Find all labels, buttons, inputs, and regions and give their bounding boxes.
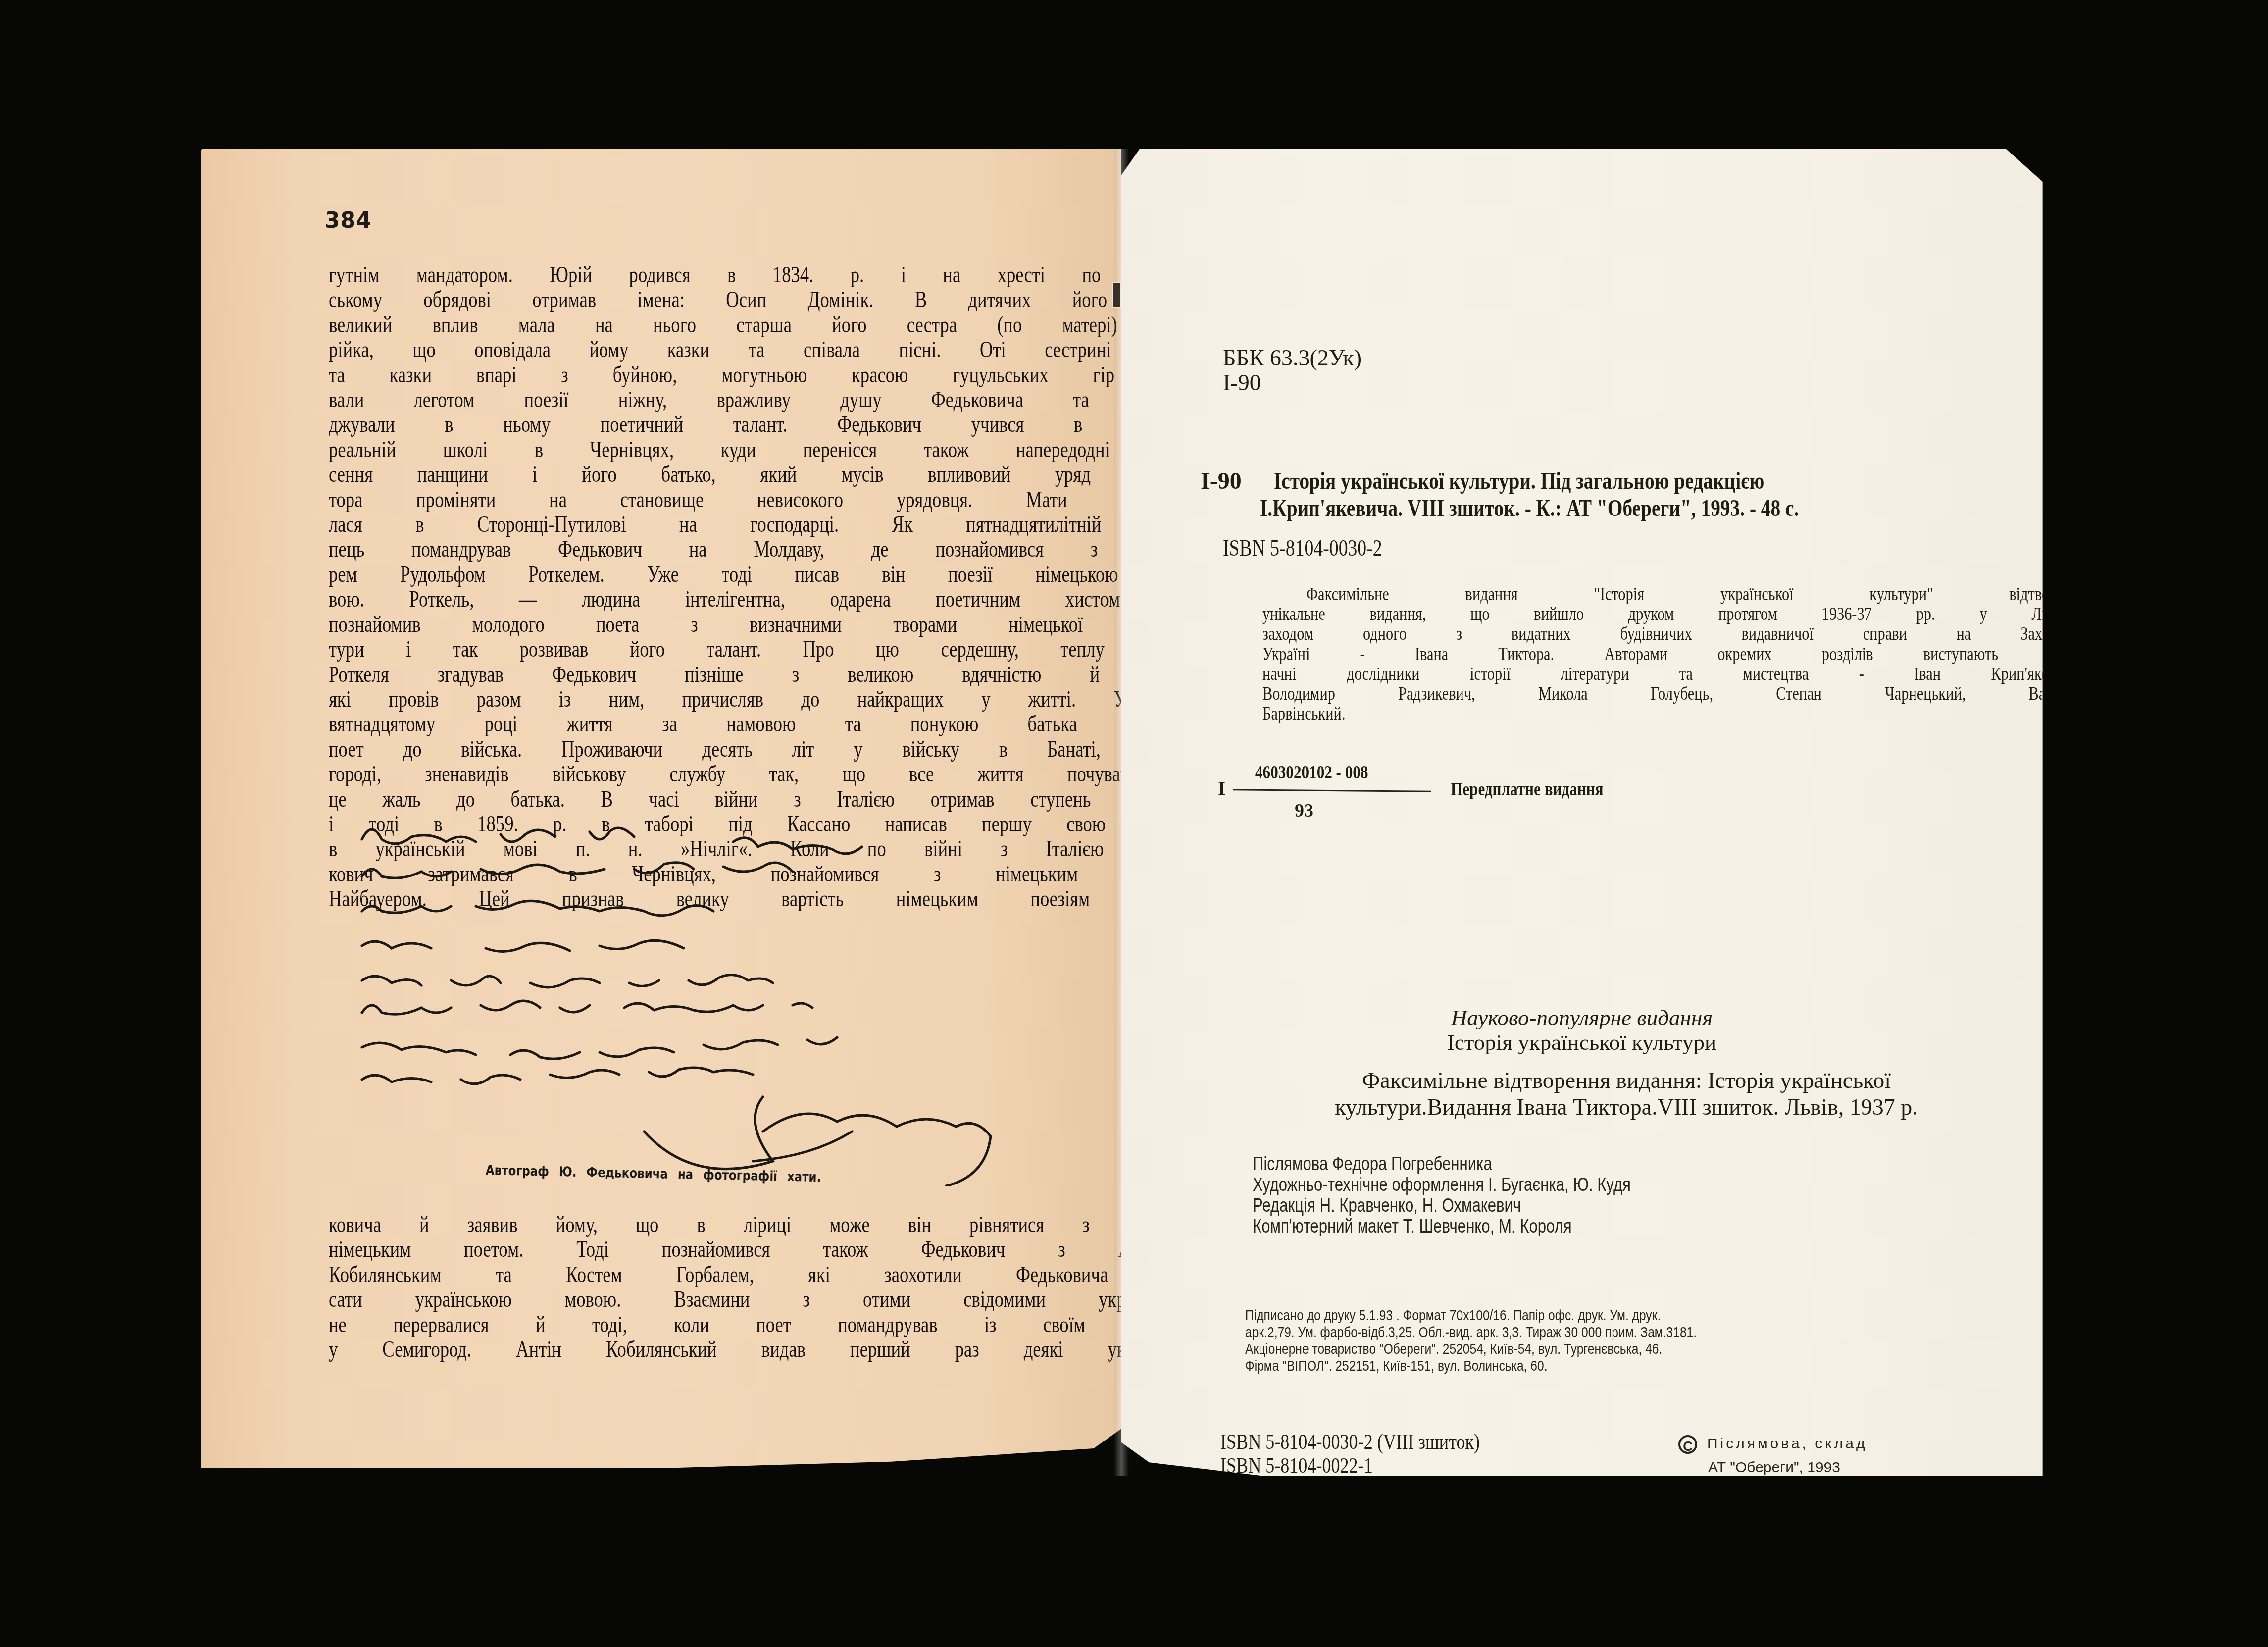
bbk-classification: ББК 63.3(2Ук) І-90 xyxy=(1223,346,1361,395)
text-line: великий вплив мала на нього старша його … xyxy=(329,312,1188,337)
author-mark: І-90 xyxy=(1223,370,1361,395)
text-line: тора проміняти на становище невисокого у… xyxy=(329,487,1188,512)
text-line: які провів разом із ним, причисляв до на… xyxy=(329,687,1188,712)
text-line: Роткеля згадував Федькович пізніше з вел… xyxy=(329,662,1188,687)
index-denominator: 93 xyxy=(1295,800,1313,822)
text-line: не перервалися й тоді, коли поет помандр… xyxy=(329,1312,1188,1337)
facsimile-note: Факсимільне відтворення видання: Історія… xyxy=(1253,1067,2000,1121)
text-line: Кобилянським та Костем Горбалем, які зао… xyxy=(329,1262,1188,1287)
bbk-code: ББК 63.3(2Ук) xyxy=(1223,346,1361,370)
text-line: лася в Сторонці-Путилові на господарці. … xyxy=(329,512,1188,537)
imprint-line: Підписано до друку 5.1.93 . Формат 70x10… xyxy=(1245,1307,1661,1324)
text-line: ському обрядові отримав імена: Осип Домі… xyxy=(329,287,1188,312)
text-line: у Семигород. Антін Кобилянський видав пе… xyxy=(329,1337,1188,1362)
index-numerator: 4603020102 - 008 xyxy=(1255,762,1368,783)
text-line: та казки впарі з буйною, могутньою красо… xyxy=(329,362,1188,387)
text-line: городі, зненавидів військову службу так,… xyxy=(329,762,1188,786)
credit-line: Художньо-технічне оформлення І. Бугаєнка… xyxy=(1253,1175,1631,1195)
text-line: ковича й заявив йому, що в ліриці може в… xyxy=(329,1212,1188,1237)
text-line: німецьким поетом. Тоді познайомився тако… xyxy=(329,1237,1188,1262)
text-line: Барвінський. xyxy=(1262,704,2074,723)
imprint-line: арк.2,79. Ум. фарбо-відб.3,25. Обл.-вид.… xyxy=(1245,1324,1697,1341)
binding-mark xyxy=(1112,282,1121,308)
text-line: це жаль до батька. В часі війни з Італіє… xyxy=(329,787,1188,812)
text-line: сення панщини і його батько, який мусів … xyxy=(329,462,1188,487)
isbn-top: ISBN 5-8104-0030-2 xyxy=(1223,535,1417,561)
copyright-icon: C xyxy=(1678,1435,1697,1454)
imprint-line: Фірма "ВІПОЛ". 252151, Київ-151, вул. Во… xyxy=(1245,1358,1547,1375)
credit-line: Комп'ютерний макет Т. Шевченко, М. Корол… xyxy=(1253,1216,1572,1237)
isbn-line: ISBN 5-8104-0022-1 xyxy=(1220,1454,1373,1478)
right-page: ББК 63.3(2Ук) І-90 І-90 Історія українсь… xyxy=(1121,149,2047,1476)
isbn-line: ISBN 5-8104-0030-2 (VIII зшиток) xyxy=(1220,1430,1480,1454)
edition-label: Науково-популярне видання xyxy=(1394,1005,1770,1030)
printing-imprint: Підписано до друку 5.1.93 . Формат 70x10… xyxy=(1245,1307,1796,1375)
page-number: 384 xyxy=(325,208,372,233)
text-line: унікальне видання, що вийшло друком прот… xyxy=(1262,604,2074,624)
text-line: гутнім мандатором. Юрій родився в 1834. … xyxy=(329,262,1188,287)
text-line: начні дослідники історії літератури та м… xyxy=(1262,664,2074,684)
copyright-notice: CПіслямова, склад АТ "Обереги", 1993 xyxy=(1678,1432,1867,1480)
copyright-line: АТ "Обереги", 1993 xyxy=(1678,1456,1867,1480)
abstract: Факсимільне видання "Історія української… xyxy=(1262,584,2074,723)
text-line: вою. Роткель, — людина інтелігентна, ода… xyxy=(329,587,1188,612)
catalog-index: І-90 xyxy=(1201,468,1242,495)
text-line: рем Рудольфом Роткелем. Уже тоді писав в… xyxy=(329,562,1188,587)
handwritten-autograph-image xyxy=(342,810,1060,1186)
text-line: поет до війська. Проживаючи десять літ у… xyxy=(329,737,1188,762)
isbn-value: ISBN 5-8104-0030-2 xyxy=(1223,535,1382,561)
credits: Післямова Федора Погребенника Художньо-т… xyxy=(1253,1154,1714,1237)
text-line: Факсимільне видання "Історія української… xyxy=(1262,584,2074,604)
text-line: сати українською мовою. Взаємини з отими… xyxy=(329,1287,1188,1312)
subscription-note: Передплатне видання xyxy=(1451,778,1604,800)
isbn-bottom: ISBN 5-8104-0030-2 (VIII зшиток) ISBN 5-… xyxy=(1220,1430,1537,1478)
text-line: Факсимільне відтворення видання: Історія… xyxy=(1253,1067,2000,1094)
index-letter: І xyxy=(1218,776,1226,800)
fraction-rule xyxy=(1233,789,1431,792)
edition-type: Науково-популярне видання Історія україн… xyxy=(1394,1005,1770,1055)
catalog-imprint-line: І.Крип'якевича. VIII зшиток. - К.: АТ "О… xyxy=(1260,495,1799,522)
text-line: Володимир Радзикевич, Микола Голубець, С… xyxy=(1262,684,2074,704)
text-line: вятнадцятому році життя за намовою та по… xyxy=(329,712,1188,736)
text-line: пець помандрував Федькович на Молдаву, д… xyxy=(329,537,1188,562)
text-line: тури і так розвивав його талант. Про цю … xyxy=(329,637,1188,662)
text-line: рійка, що оповідала йому казки та співал… xyxy=(329,337,1188,362)
edition-title: Історія української культури xyxy=(1394,1030,1770,1055)
text-line: культури.Видання Івана Тиктора.VIII зшит… xyxy=(1253,1094,2000,1121)
credit-line: Редакція Н. Кравченко, Н. Охмакевич xyxy=(1253,1195,1521,1216)
handwriting-icon xyxy=(342,810,1060,1186)
text-line: познайомив молодого поета з визначними т… xyxy=(329,612,1188,637)
left-page: 384 гутнім мандатором. Юрій родився в 18… xyxy=(201,149,1121,1468)
credit-line: Післямова Федора Погребенника xyxy=(1253,1154,1492,1175)
copyright-line: Післямова, склад xyxy=(1707,1436,1867,1452)
text-line: Україні - Івана Тиктора. Авторами окреми… xyxy=(1262,644,2074,664)
catalog-title-line: Історія української культури. Під загаль… xyxy=(1274,468,1764,495)
body-text-bottom: ковича й заявив йому, що в ліриці може в… xyxy=(329,1212,1188,1362)
text-line: вали леготом поезії ніжну, вражливу душу… xyxy=(329,387,1188,412)
text-line: джували в ньому поетичний талант. Федько… xyxy=(329,412,1188,437)
text-line: заходом одного з видатних будівничих вид… xyxy=(1262,624,2074,644)
text-line: реальній школі в Чернівцях, куди переніс… xyxy=(329,437,1188,462)
imprint-line: Акціонерне товариство "Обереги". 252054,… xyxy=(1245,1341,1662,1358)
